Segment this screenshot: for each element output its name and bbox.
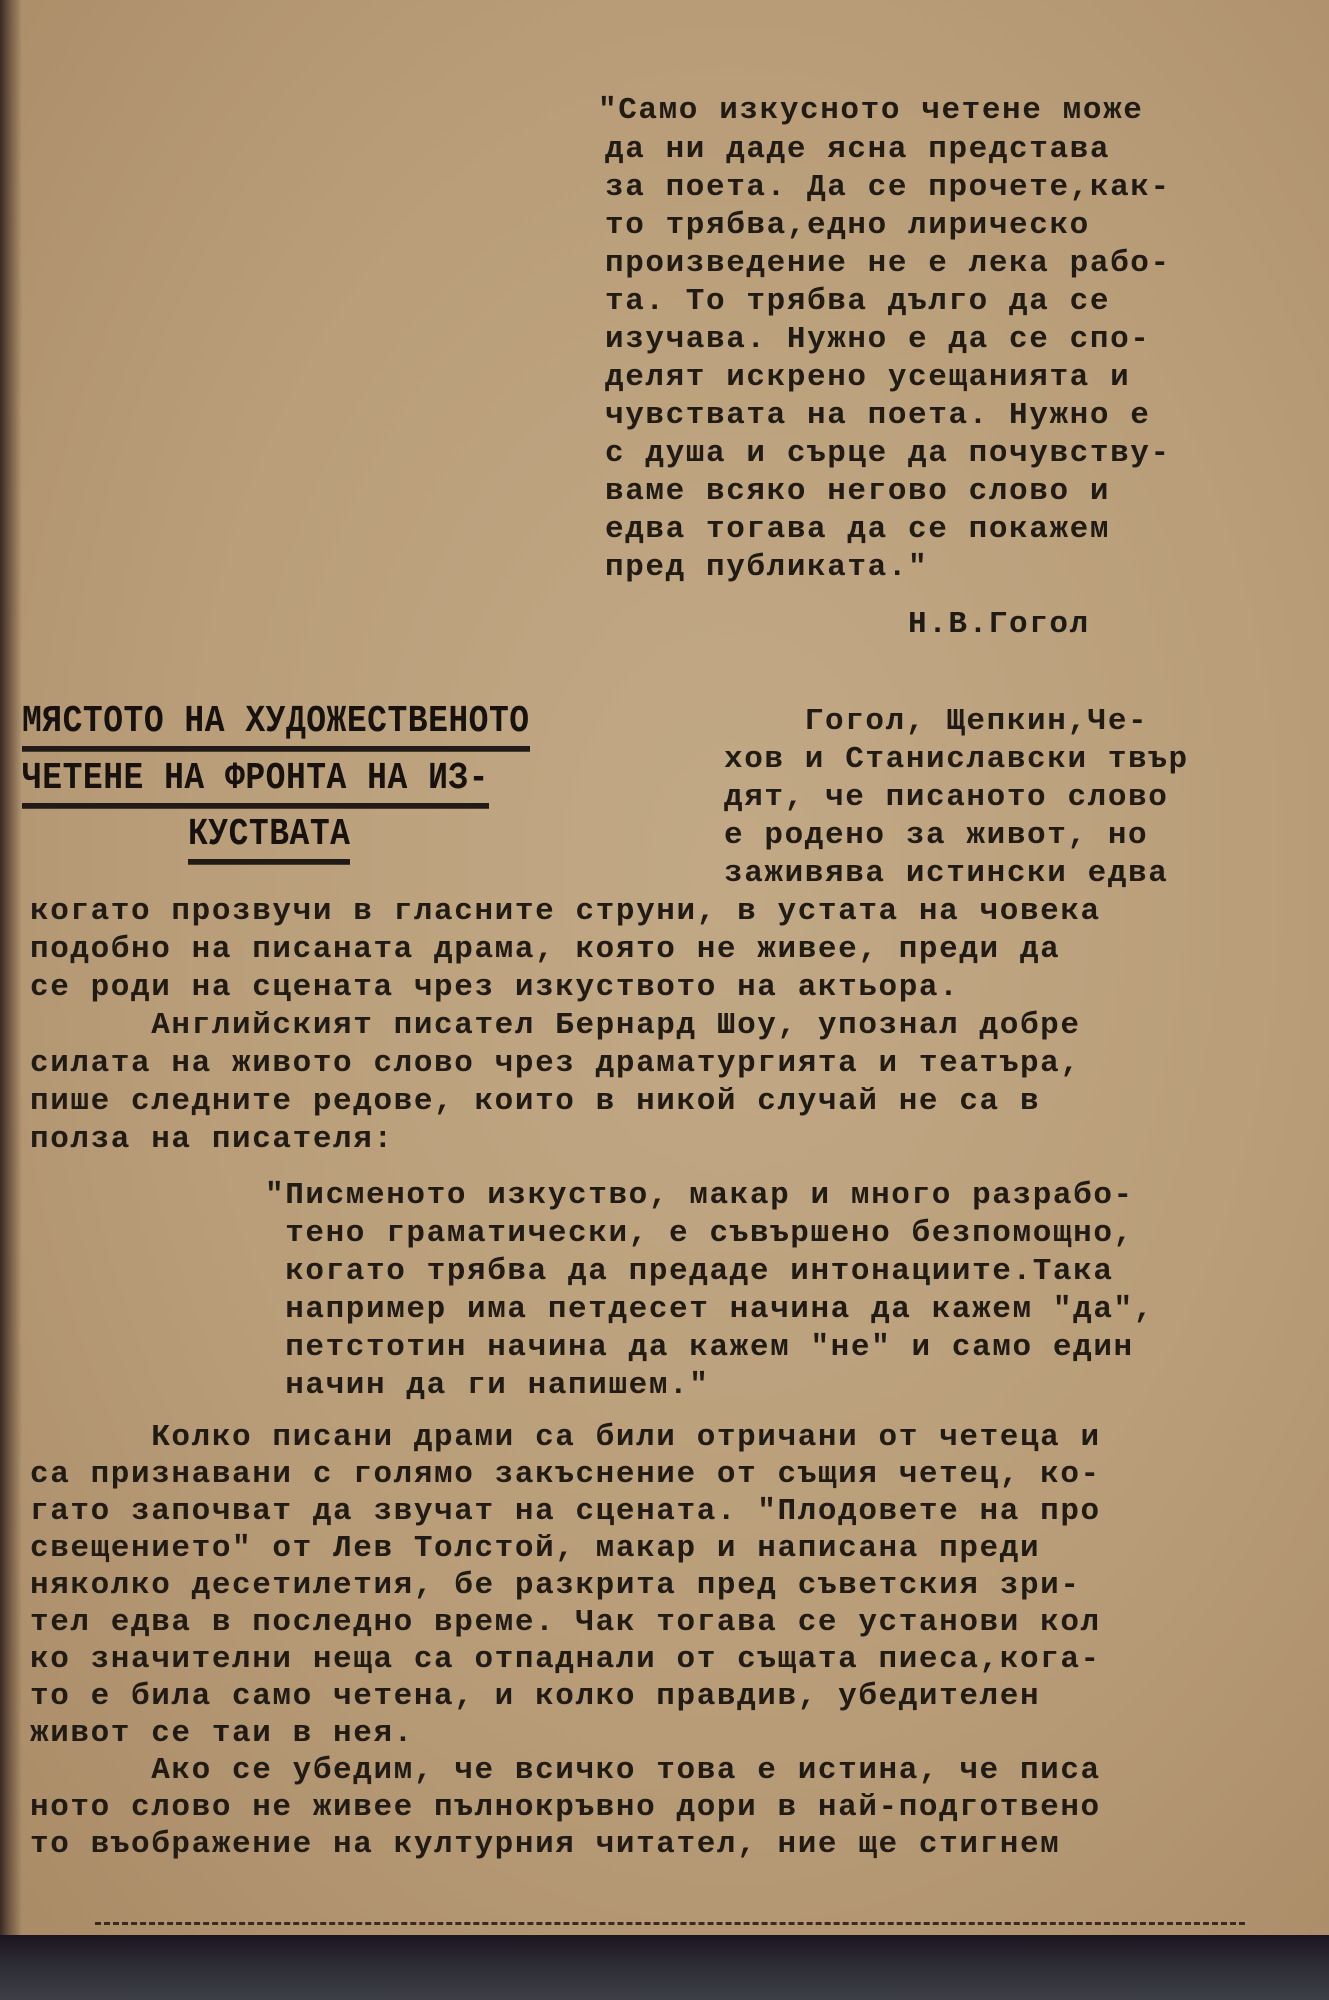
epigraph-line: за поета. Да се прочете,как-: [605, 169, 1171, 207]
body-line: ко значителни неща са отпаднали от същат…: [30, 1641, 1101, 1679]
body-line: Английският писател Бернард Шоу, упознал…: [30, 1007, 1081, 1045]
dashed-divider: [95, 1922, 1245, 1925]
epigraph-line: делят искрено усещанията и: [605, 359, 1130, 397]
quote-line: петстотин начина да кажем "не" и само ед…: [265, 1329, 1134, 1367]
body-line: то въображение на културния читател, ние…: [30, 1826, 1060, 1864]
body-line: то е била само четена, и колко правдив, …: [30, 1678, 1040, 1716]
epigraph-line: изучава. Нужно е да се спо-: [605, 321, 1150, 359]
quote-line: "Писменото изкуство, макар и много разра…: [265, 1177, 1134, 1215]
epigraph-line: пред публиката.": [605, 549, 928, 587]
body-line: подобно на писаната драма, която не живе…: [30, 931, 1060, 969]
typewritten-page: "Само изкусното четене може да ни даде я…: [0, 0, 1329, 1939]
quote-line: тено граматически, е съвършено безпомощн…: [265, 1215, 1134, 1253]
epigraph-line: то трябва,едно лирическо: [605, 207, 1090, 245]
body-line: дят, че писаното слово: [724, 779, 1168, 817]
body-line: свещението" от Лев Толстой, макар и напи…: [30, 1530, 1040, 1568]
body-line: се роди на сцената чрез изкуството на ак…: [30, 969, 959, 1007]
body-line: тел едва в последно време. Чак тогава се…: [30, 1604, 1101, 1642]
body-line: няколко десетилетия, бе разкрита пред съ…: [30, 1567, 1081, 1605]
body-line: хов и Станиславски твър: [724, 741, 1189, 779]
body-line: е родено за живот, но: [724, 817, 1148, 855]
heading-line: ЧЕТЕНЕ НА ФРОНТА НА ИЗ-: [22, 757, 489, 809]
epigraph-line: едва тогава да се покажем: [605, 511, 1110, 549]
heading-line: КУСТВАТА: [188, 813, 350, 865]
epigraph-line: та. То трябва дълго да се: [605, 283, 1110, 321]
epigraph-line: "Само изкусното четене може: [598, 92, 1143, 130]
body-line: живот се таи в нея.: [30, 1715, 414, 1753]
quote-line: когато трябва да предаде интонациите.Так…: [265, 1253, 1114, 1291]
body-line: заживява истински едва: [724, 855, 1168, 893]
body-line: пише следните редове, които в никой случ…: [30, 1083, 1040, 1121]
epigraph-author: Н.В.Гогол: [908, 607, 1090, 642]
body-line: са признавани с голямо закъснение от същ…: [30, 1456, 1101, 1494]
body-line: Ако се убедим, че всичко това е истина, …: [30, 1752, 1101, 1790]
epigraph-line: произведение не е лека рабо-: [605, 245, 1171, 283]
epigraph-line: чувствата на поета. Нужно е: [605, 397, 1150, 435]
body-line: Гогол, Щепкин,Че-: [724, 703, 1148, 741]
epigraph-line: да ни даде ясна представа: [605, 131, 1110, 169]
body-line: гато започват да звучат на сцената. "Пло…: [30, 1493, 1101, 1531]
background-surface: [0, 1935, 1329, 2000]
body-line: силата на живото слово чрез драматургият…: [30, 1045, 1081, 1083]
body-line: Колко писани драми са били отричани от ч…: [30, 1419, 1101, 1457]
body-line: когато прозвучи в гласните струни, в уст…: [30, 893, 1101, 931]
body-line: полза на писателя:: [30, 1121, 394, 1159]
heading-line: МЯСТОТО НА ХУДОЖЕСТВЕНОТО: [22, 700, 530, 752]
body-line: ното слово не живее пълнокръвно дори в н…: [30, 1789, 1101, 1827]
epigraph-line: с душа и сърце да почувству-: [605, 435, 1171, 473]
epigraph-line: ваме всяко негово слово и: [605, 473, 1110, 511]
quote-line: например има петдесет начина да кажем "д…: [265, 1291, 1154, 1329]
quote-line: начин да ги напишем.": [265, 1367, 709, 1405]
